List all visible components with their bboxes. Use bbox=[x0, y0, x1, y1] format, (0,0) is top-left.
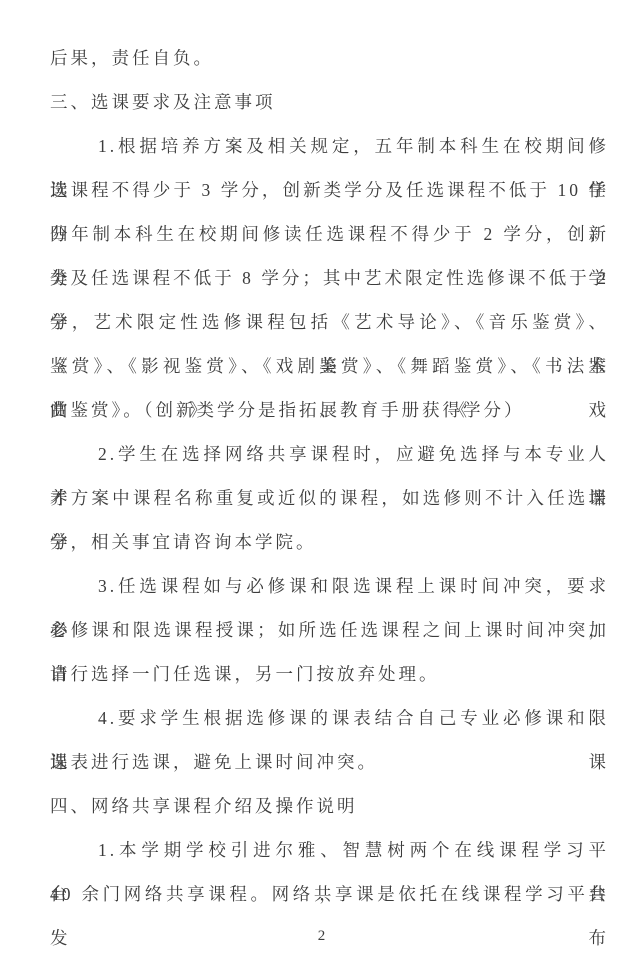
text-line: 分及任选课程不低于 8 学分；其中艺术限定性选修课不低于 2 学 bbox=[50, 256, 609, 300]
paragraph-start-line: 2.学生在选择网络共享课程时，应避免选择与本专业人才培 bbox=[50, 432, 609, 476]
section-heading: 四、网络共享课程介绍及操作说明 bbox=[50, 784, 609, 828]
section-heading: 三、选课要求及注意事项 bbox=[50, 80, 609, 124]
paragraph-start-line: 1.本学期学校引进尔雅、智慧树两个在线课程学习平台，共 bbox=[50, 828, 609, 872]
paragraph-start-line: 4.要求学生根据选修课的课表结合自己专业必修课和限选课 bbox=[50, 696, 609, 740]
paragraph-end-line: 分，相关事宜请咨询本学院。 bbox=[50, 520, 609, 564]
text-line: 40 余门网络共享课程。网络共享课是依托在线课程学习平台发布 bbox=[50, 872, 609, 916]
text-line: 必修课和限选课程授课；如所选任选课程之间上课时间冲突，请 bbox=[50, 608, 609, 652]
text-line: 选课程不得少于 3 学分，创新类学分及任选课程不低于 10 学分； bbox=[50, 168, 609, 212]
text-line: 鉴赏》、《影视鉴赏》、《戏剧鉴赏》、《舞蹈鉴赏》、《书法鉴赏》、《戏 bbox=[50, 344, 609, 388]
paragraph-start-line: 3.任选课程如与必修课和限选课程上课时间冲突，要求参加 bbox=[50, 564, 609, 608]
text-line: 四年制本科生在校期间修读任选课程不得少于 2 学分，创新类学 bbox=[50, 212, 609, 256]
text-line: 分，艺术限定性选修课程包括《艺术导论》、《音乐鉴赏》、《美术 bbox=[50, 300, 609, 344]
document-page: 后果，责任自负。 三、选课要求及注意事项 1.根据培养方案及相关规定，五年制本科… bbox=[0, 0, 643, 965]
text-line: 养方案中课程名称重复或近似的课程，如选修则不计入任选课学 bbox=[50, 476, 609, 520]
page-number: 2 bbox=[0, 926, 643, 946]
paragraph-end-line: 自行选择一门任选课，另一门按放弃处理。 bbox=[50, 652, 609, 696]
paragraph-start-line: 1.根据培养方案及相关规定，五年制本科生在校期间修读任 bbox=[50, 124, 609, 168]
paragraph-end-line: 后果，责任自负。 bbox=[50, 36, 609, 80]
